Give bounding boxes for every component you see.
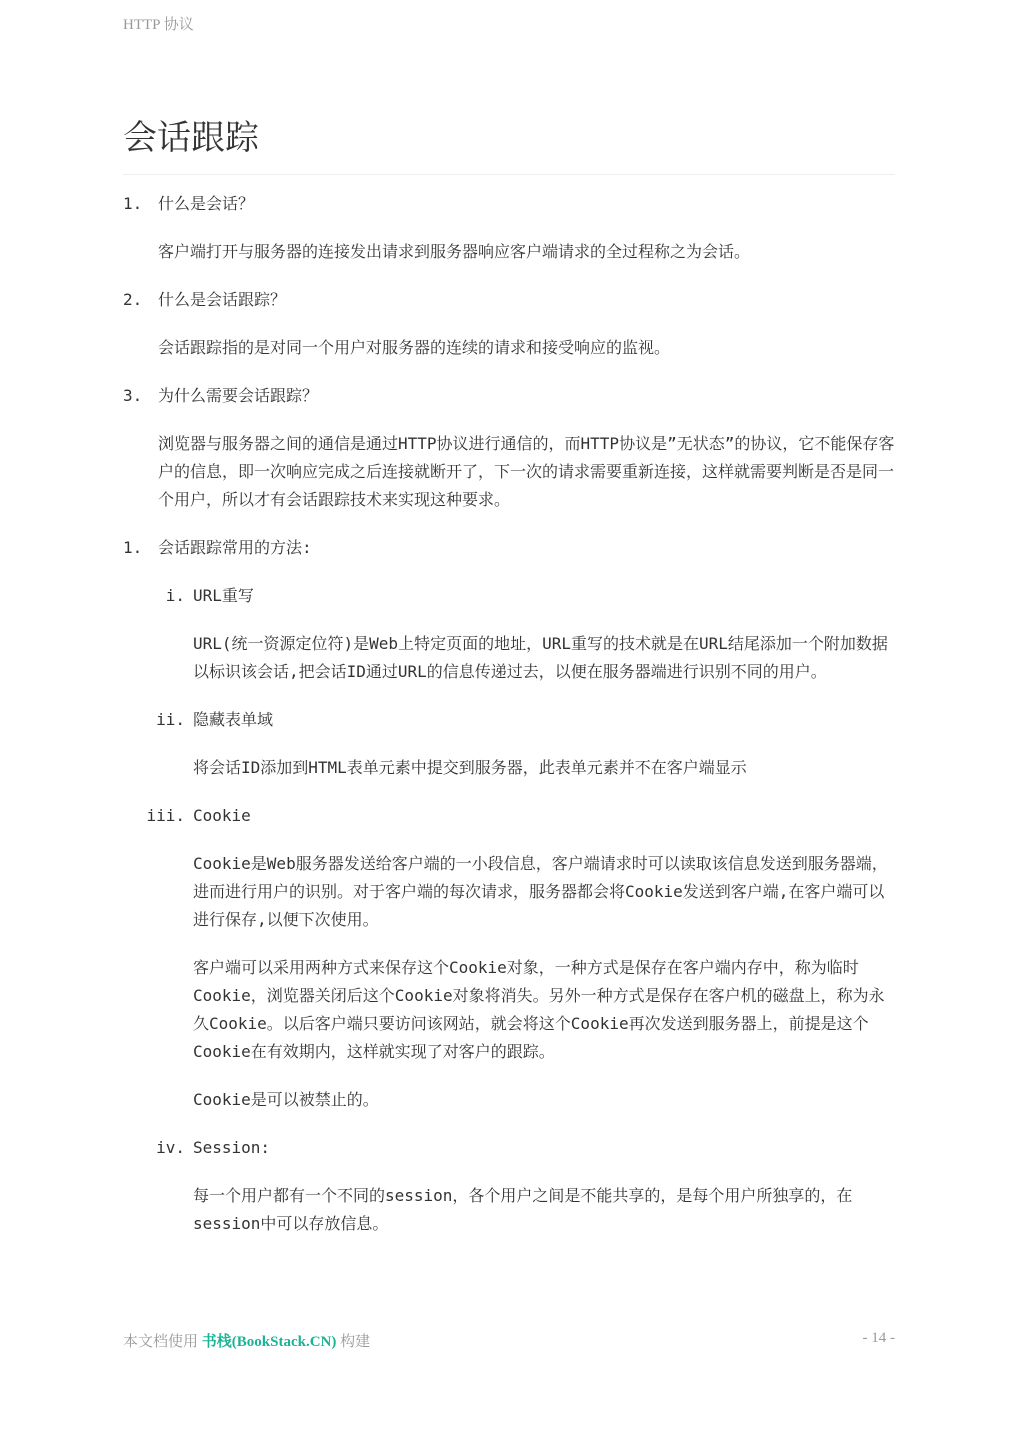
methods-section: 1. 会话跟踪常用的方法: — [123, 534, 895, 562]
list-item: 1. 什么是会话？ 客户端打开与服务器的连接发出请求到服务器响应客户端请求的全过… — [123, 190, 895, 266]
method-label: URL重写 — [193, 582, 895, 610]
method-cookie: iii. Cookie Cookie是Web服务器发送给客户端的一小段信息，客户… — [123, 802, 895, 1114]
sub-number: iii. — [123, 802, 185, 830]
list-answer: 浏览器与服务器之间的通信是通过HTTP协议进行通信的，而HTTP协议是”无状态”… — [158, 430, 895, 514]
list-question: 为什么需要会话跟踪？ — [158, 382, 895, 410]
list-item: 2. 什么是会话跟踪？ 会话跟踪指的是对同一个用户对服务器的连续的请求和接受响应… — [123, 286, 895, 362]
list-number: 1. — [123, 190, 151, 218]
footer-suffix: 构建 — [340, 1334, 370, 1350]
method-paragraph: 客户端可以采用两种方式来保存这个Cookie对象，一种方式是保存在客户端内存中，… — [193, 954, 895, 1066]
bookstack-link[interactable]: 书栈(BookStack.CN) — [202, 1334, 337, 1350]
list-question: 什么是会话？ — [158, 190, 895, 218]
method-label: 隐藏表单域 — [193, 706, 895, 734]
method-paragraph: 每一个用户都有一个不同的session，各个用户之间是不能共享的，是每个用户所独… — [193, 1182, 895, 1238]
list-number: 2. — [123, 286, 151, 314]
method-paragraph: Cookie是Web服务器发送给客户端的一小段信息，客户端请求时可以读取该信息发… — [193, 850, 895, 934]
list-number: 1. — [123, 534, 151, 562]
sub-number: iv. — [123, 1134, 185, 1162]
method-hidden-form-field: ii. 隐藏表单域 将会话ID添加到HTML表单元素中提交到服务器，此表单元素并… — [123, 706, 895, 782]
method-label: Cookie — [193, 802, 895, 830]
methods-heading: 会话跟踪常用的方法: — [158, 534, 895, 562]
sub-number: i. — [123, 582, 185, 610]
list-number: 3. — [123, 382, 151, 410]
page-title: 会话跟踪 — [123, 112, 895, 175]
list-item: 3. 为什么需要会话跟踪？ 浏览器与服务器之间的通信是通过HTTP协议进行通信的… — [123, 382, 895, 514]
document-body: 1. 什么是会话？ 客户端打开与服务器的连接发出请求到服务器响应客户端请求的全过… — [123, 190, 895, 1238]
running-header: HTTP 协议 — [123, 13, 194, 34]
page-number: - 14 - — [863, 1330, 896, 1347]
page-footer: 本文档使用 书栈(BookStack.CN) 构建 - 14 - — [123, 1330, 895, 1351]
method-label: Session: — [193, 1134, 895, 1162]
list-answer: 客户端打开与服务器的连接发出请求到服务器响应客户端请求的全过程称之为会话。 — [158, 238, 895, 266]
list-question: 什么是会话跟踪？ — [158, 286, 895, 314]
list-answer: 会话跟踪指的是对同一个用户对服务器的连续的请求和接受响应的监视。 — [158, 334, 895, 362]
method-paragraph: URL(统一资源定位符)是Web上特定页面的地址，URL重写的技术就是在URL结… — [193, 630, 895, 686]
footer-prefix: 本文档使用 — [123, 1334, 198, 1350]
method-url-rewrite: i. URL重写 URL(统一资源定位符)是Web上特定页面的地址，URL重写的… — [123, 582, 895, 686]
method-paragraph: 将会话ID添加到HTML表单元素中提交到服务器，此表单元素并不在客户端显示 — [193, 754, 895, 782]
sub-number: ii. — [123, 706, 185, 734]
method-paragraph: Cookie是可以被禁止的。 — [193, 1086, 895, 1114]
method-session: iv. Session: 每一个用户都有一个不同的session，各个用户之间是… — [123, 1134, 895, 1238]
